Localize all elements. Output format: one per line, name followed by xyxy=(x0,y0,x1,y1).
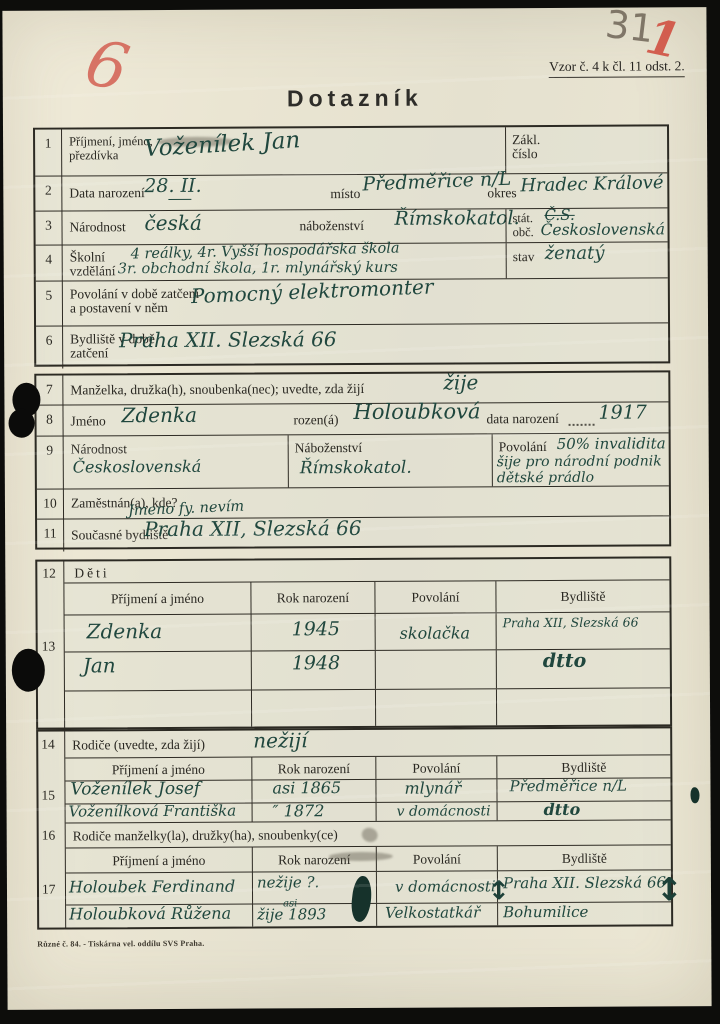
page-title: Dotazník xyxy=(3,83,707,114)
value-inlaw-job: Velkostatkář xyxy=(385,906,480,921)
row-1: 1 Příjmení, jméno, přezdívka Voženílek J… xyxy=(35,126,667,175)
row-5: 5 Povolání v době zatčení a postavení v … xyxy=(36,277,668,325)
value-inlaw-home: Bohumilice xyxy=(503,905,588,920)
col-header-year: Rok narození xyxy=(250,582,374,613)
child-row-empty xyxy=(65,687,670,727)
col-header-job: Povolání xyxy=(374,582,495,613)
col-header-name: Příjmení a jméno xyxy=(65,758,251,781)
label-cislo: číslo xyxy=(512,146,538,162)
row-number: 10 xyxy=(37,490,64,519)
value-education2: 3r. obchodní škola, 1r. mlynářský kurs xyxy=(118,261,398,277)
form-code: Vzor č. 4 k čl. 11 odst. 2. xyxy=(549,58,685,78)
current-residence-cell: Současné bydliště Praha XII, Slezská 66 xyxy=(64,516,669,551)
value-parent-home: dtto xyxy=(544,801,581,817)
row-8: 8 Jméno Zdenka rozen(á) Holoubková data … xyxy=(36,401,668,435)
value-current-residence: Praha XII, Slezská 66 xyxy=(144,518,362,539)
child-year-cell: 1945 xyxy=(251,614,375,651)
value-religion: Římskokatol. xyxy=(394,209,519,229)
child-home-cell: dtto xyxy=(496,649,670,688)
row-3: 3 Národnost česká náboženství Římskokato… xyxy=(35,207,667,244)
value-residence: Praha XII. Slezská 66 xyxy=(119,329,337,350)
row-7: 7 Manželka, družka(h), snoubenka(nec); u… xyxy=(36,372,668,404)
value-parent-name: Voženílek Josef xyxy=(70,781,200,799)
name-cell: Příjmení, jméno, přezdívka Voženílek Jan xyxy=(62,127,505,175)
children-title-row: Děti xyxy=(64,558,669,583)
table-header-row: Příjmení a jméno Rok narození Povolání B… xyxy=(64,580,669,614)
value-district: Hradec Králové xyxy=(520,174,664,195)
value-child-home: dtto xyxy=(543,652,587,671)
value-maiden: Holoubková xyxy=(353,401,480,423)
wife-nationality-cell: Národnost Československá xyxy=(64,435,288,488)
label-district: okres xyxy=(487,185,516,201)
parent-year-cell: ″ 1872 xyxy=(252,802,376,821)
value-nationality: česká xyxy=(144,213,201,233)
parent-job-cell: mlynář xyxy=(375,779,496,801)
inlaw-name-cell: Holoubek Ferdinand xyxy=(66,873,252,905)
parents-title-row: Rodiče (uvedte, zda žijí) nežijí xyxy=(65,728,670,758)
row-number: 3 xyxy=(35,212,62,245)
parent-name-cell: Voženílková Františka xyxy=(66,803,252,823)
punch-hole xyxy=(12,649,45,692)
row-number: 17 xyxy=(42,882,56,898)
col-header-home: Bydliště xyxy=(495,581,669,612)
value-birth-date: 28. II. xyxy=(144,177,201,196)
label-religion: náboženství xyxy=(299,218,364,234)
residence-cell: Bydliště v době zatčení Praha XII. Slezs… xyxy=(63,323,668,368)
dotted-guide-line xyxy=(569,423,595,426)
label-place: místo xyxy=(330,186,360,202)
row-number: 16 xyxy=(42,828,56,844)
label-occupation2: a postavení v něm xyxy=(70,300,168,317)
row-9: 9 Národnost Československá Náboženství Ř… xyxy=(37,432,669,488)
label-wife-birth: data narození xyxy=(486,411,558,427)
empty-cell xyxy=(251,690,375,727)
value-citizenship: Československá xyxy=(541,222,666,238)
value-child-home: Praha XII, Slezská 66 xyxy=(503,616,639,629)
punch-hole xyxy=(8,409,34,438)
wife-occupation-cell: Povolání 50% invalidita šije pro národní… xyxy=(492,433,669,486)
col-header-year: Rok narození xyxy=(251,757,375,779)
value-child-name: Jan xyxy=(83,655,116,675)
parent-home-cell: Předměřice n/L xyxy=(496,778,670,800)
marital-status-cell: stav ženatý xyxy=(506,242,668,278)
row-number: 4 xyxy=(36,246,63,281)
child-name-cell: Zdenka xyxy=(65,614,251,651)
row-number: 2 xyxy=(35,177,62,211)
value-child-year: 1948 xyxy=(292,654,340,673)
row-number: 9 xyxy=(37,437,64,489)
swap-arrow-icon: ↕ xyxy=(656,873,683,905)
occupation-cell: Povolání v době zatčení a postavení v ně… xyxy=(63,278,668,325)
inlaws-title-row: Rodiče manželky(la), družky(ha), snouben… xyxy=(66,820,671,848)
value-parent-job: mlynář xyxy=(404,780,461,796)
inlaw-job-cell: v domácnosti xyxy=(376,871,497,903)
number-column: 12 13 xyxy=(37,562,65,728)
value-inlaw-name: Holoubková Růžena xyxy=(69,906,231,923)
value-parent-year: asi 1865 xyxy=(272,780,341,796)
label-first-name: Jméno xyxy=(70,413,105,429)
label-obc: obč. xyxy=(513,225,534,240)
value-inlaw-job: v domácnosti xyxy=(395,879,496,895)
col-header-name: Příjmení a jméno xyxy=(64,583,250,614)
wife-religion-cell: Náboženství Římskokatol. xyxy=(288,434,492,487)
value-child-name: Zdenka xyxy=(87,621,163,641)
number-column: 14 15 16 17 xyxy=(38,732,66,928)
value-inlaw-home: Praha XII. Slezská 66 xyxy=(503,876,666,892)
row-number: 1 xyxy=(35,130,62,176)
value-wife-birth: 1917 xyxy=(598,403,646,422)
value-education1: 4 reálky, 4r. Vyšší hospodářska škola xyxy=(131,241,400,262)
label-parents: Rodiče (uvedte, zda žijí) xyxy=(72,737,205,754)
parent-home-cell: dtto xyxy=(497,801,671,821)
value-parent-job: v domácnosti xyxy=(397,804,491,818)
education-cell: Školní vzdělání 4 reálky, 4r. Vyšší hosp… xyxy=(63,243,506,280)
child-job-cell xyxy=(375,650,496,689)
value-parent-name: Voženílková Františka xyxy=(69,803,237,819)
employer-cell: Zaměstnán(a), kde? Jmeno fy. nevím xyxy=(64,486,669,518)
row-number: 12 xyxy=(42,566,56,582)
col-header-job: Povolání xyxy=(375,757,496,779)
value-parent-year: ″ 1872 xyxy=(273,803,325,819)
value-status: ženatý xyxy=(545,245,605,263)
row-6: 6 Bydliště v době zatčení Praha XII. Sle… xyxy=(36,322,668,368)
value-inlaw-name: Holoubek Ferdinand xyxy=(69,879,235,896)
label-education2: vzdělání xyxy=(70,263,116,279)
parent-year-cell: asi 1865 xyxy=(251,780,375,802)
value-wife-alive: žije xyxy=(443,372,478,392)
col-header-home: Bydliště xyxy=(496,756,670,778)
label-birth-date: Data narození xyxy=(69,185,144,201)
label-wife-nationality: Národnost xyxy=(71,441,127,457)
parent-job-cell: v domácnosti xyxy=(376,802,497,821)
value-parent-home: Předměřice n/L xyxy=(509,779,627,795)
children-table: Děti Příjmení a jméno Rok narození Povol… xyxy=(64,558,670,727)
row-10: 10 Zaměstnán(a), kde? Jmeno fy. nevím xyxy=(37,485,669,518)
child-home-cell: Praha XII, Slezská 66 xyxy=(496,612,670,649)
empty-cell xyxy=(375,689,496,726)
value-parents-alive: nežijí xyxy=(253,730,307,750)
label-wife-religion: Náboženství xyxy=(295,440,363,456)
print-shop-imprint: Různé č. 84. - Tiskárna vel. oddílu SVS … xyxy=(37,939,204,949)
child-name-cell: Jan xyxy=(65,651,251,690)
label-nationality: Národnost xyxy=(69,219,125,235)
row-number: 14 xyxy=(41,737,55,753)
row-11: 11 Současné bydliště Praha XII, Slezská … xyxy=(37,515,669,551)
swap-arrow-icon: ↕ xyxy=(488,878,510,904)
value-wife-occupation1: 50% invalidita xyxy=(557,436,666,452)
label-status: stav xyxy=(513,249,535,265)
label-wife: Manželka, družka(h), snoubenka(nec); uve… xyxy=(70,381,364,399)
section-spouse: 7 Manželka, družka(h), snoubenka(nec); u… xyxy=(34,370,671,549)
basic-number-cell: Zákl. číslo xyxy=(505,126,667,173)
value-inlaw-year: žije 1893 xyxy=(257,908,326,923)
value-wife-occupation3: dětské prádlo xyxy=(497,471,594,486)
value-child-year: 1945 xyxy=(292,620,340,639)
section-children: 12 13 Děti Příjmení a jméno Rok narození… xyxy=(35,556,672,729)
value-first-name: Zdenka xyxy=(121,405,197,425)
row-number: 8 xyxy=(36,406,63,436)
inlaw-job-cell: Velkostatkář xyxy=(376,904,497,926)
empty-cell xyxy=(65,690,251,727)
birth-cell: Data narození 28. II. místo Předměřice n… xyxy=(62,173,667,210)
parent-name-cell: Voženílek Josef xyxy=(65,781,251,804)
label-wife-occupation: Povolání xyxy=(499,439,547,455)
ink-speck xyxy=(690,787,699,803)
pencil-squiggle xyxy=(360,826,380,845)
label-surname: Příjmení, jméno, xyxy=(69,134,153,149)
value-wife-religion: Římskokatol. xyxy=(300,460,412,478)
label-stat: stát. xyxy=(512,211,533,226)
label-residence2: zatčení xyxy=(70,345,108,361)
label-maiden: rozen(á) xyxy=(293,412,338,428)
label-children: Děti xyxy=(74,565,109,581)
row-number: 13 xyxy=(42,639,56,655)
inlaw-home-cell: Praha XII. Slezská 66 xyxy=(497,870,671,902)
value-child-job: skolačka xyxy=(400,625,470,641)
nationality-cell: Národnost česká náboženství Římskokatol. xyxy=(62,209,505,244)
row-4: 4 Školní vzdělání 4 reálky, 4r. Vyšší ho… xyxy=(36,241,668,280)
row-number: 6 xyxy=(36,327,63,369)
underline-mark xyxy=(168,198,191,200)
value-wife-nationality: Československá xyxy=(73,459,202,476)
value-wife-occupation2: šije pro národní podnik xyxy=(497,454,662,469)
col-header-job: Povolání xyxy=(376,846,497,871)
citizenship-cell: stát. Č.S. obč. Československá xyxy=(505,208,667,242)
row-number: 15 xyxy=(41,788,55,804)
inlaw-name-cell: Holoubková Růžena xyxy=(66,905,252,928)
empty-cell xyxy=(496,688,670,725)
child-row: Zdenka 1945 skolačka Praha XII, Slezská … xyxy=(65,611,670,651)
inlaw-home-cell: Bohumilice xyxy=(497,903,671,925)
value-full-name: Voženílek Jan xyxy=(144,129,301,161)
row-number: 5 xyxy=(36,282,63,326)
col-header-name: Příjmení a jméno xyxy=(66,847,252,872)
value-occupation: Pomocný elektromonter xyxy=(191,276,434,306)
col-header-home: Bydliště xyxy=(497,845,671,870)
child-row: Jan 1948 dtto xyxy=(65,648,670,690)
label-nickname: přezdívka xyxy=(69,148,118,163)
row-number: 11 xyxy=(37,520,64,552)
scanned-form-page: 6 31 1 Vzor č. 4 k čl. 11 odst. 2. Dotaz… xyxy=(2,7,711,1010)
child-job-cell: skolačka xyxy=(375,613,496,650)
wife-name-cell: Jméno Zdenka rozen(á) Holoubková data na… xyxy=(63,402,668,435)
child-year-cell: 1948 xyxy=(251,651,375,690)
section-personal: 1 Příjmení, jméno, přezdívka Voženílek J… xyxy=(33,124,670,366)
value-inlaw-year: nežije ?. xyxy=(257,875,319,890)
label-inlaw-parents: Rodiče manželky(la), družky(ha), snouben… xyxy=(73,827,338,844)
